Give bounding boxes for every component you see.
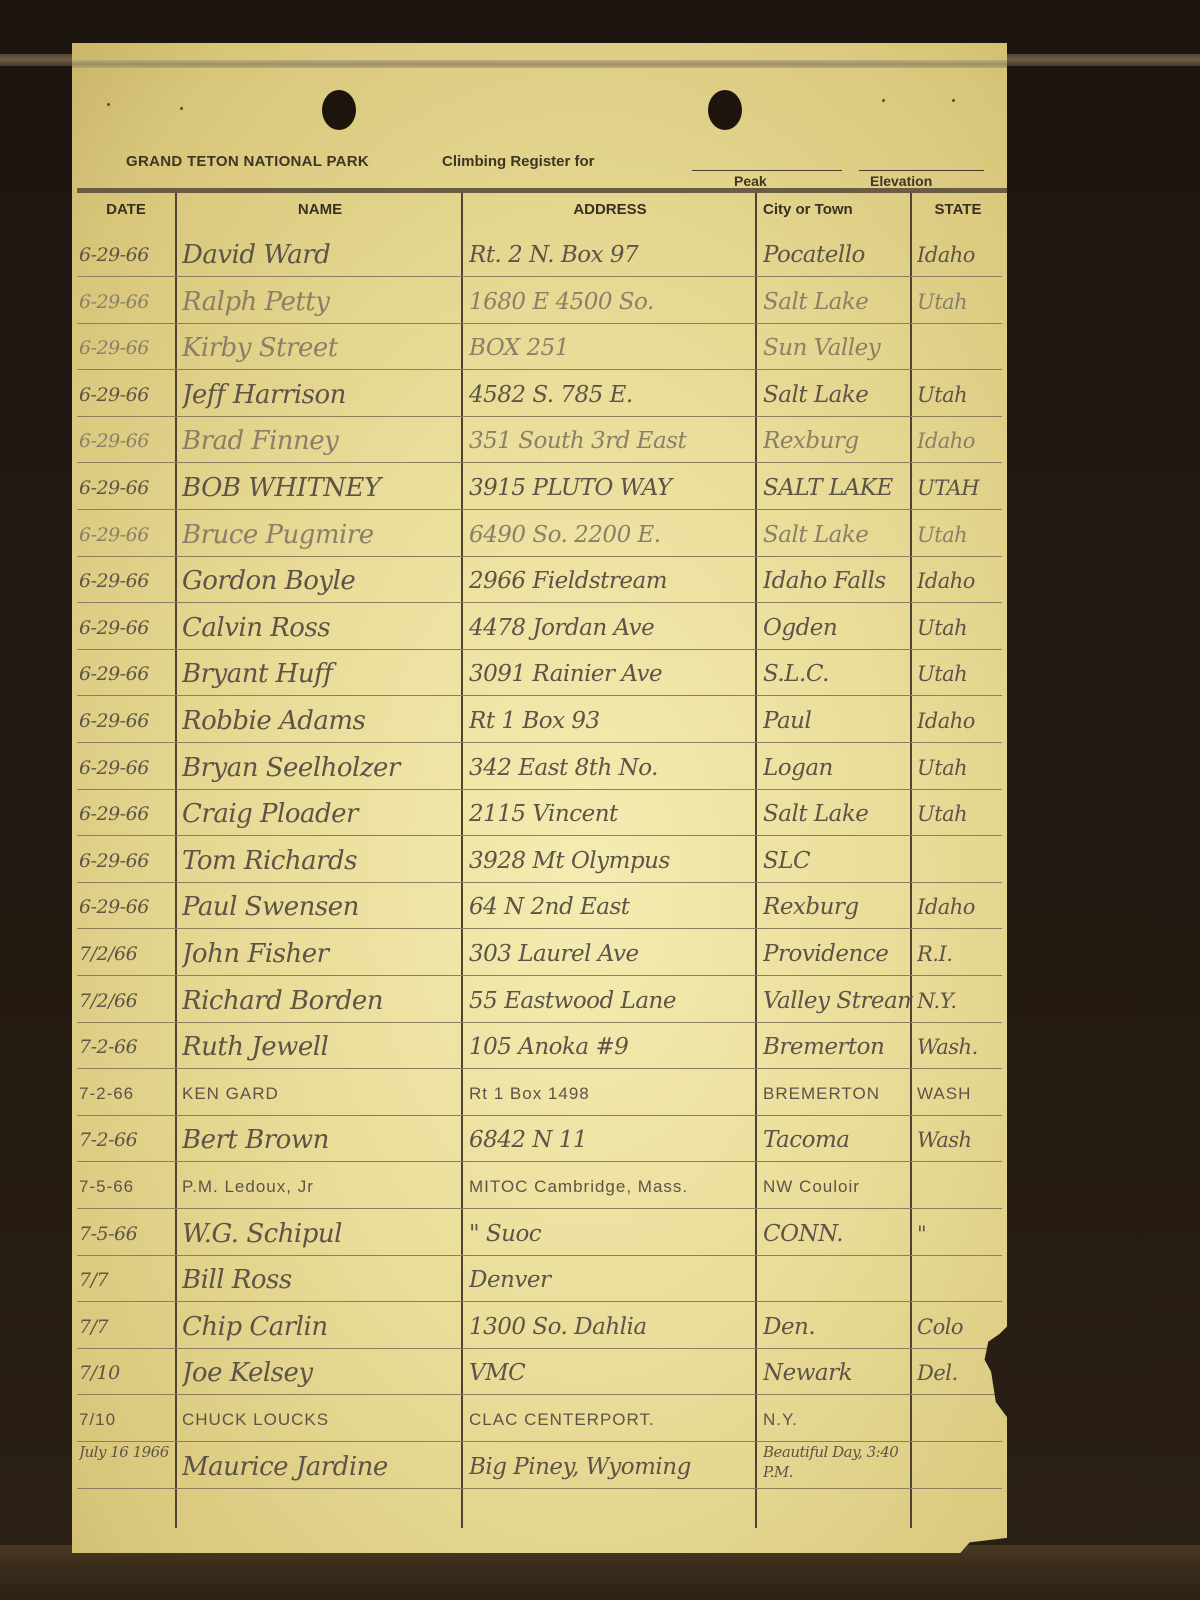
entry-city: Beautiful Day, 3:40 P.M.: [763, 1442, 913, 1488]
entry-name: Richard Borden: [182, 976, 464, 1022]
entry-state: R.I.: [917, 929, 1007, 975]
register-entry-row: 6-29-66 Gordon Boyle 2966 Fieldstream Id…: [77, 556, 1002, 603]
entry-state: [917, 1255, 1007, 1301]
entry-city: Tacoma: [763, 1115, 913, 1161]
entry-name: Jeff Harrison: [182, 370, 464, 416]
entry-state: Colo: [917, 1302, 1007, 1348]
display-ledge-bottom: [0, 1545, 1200, 1600]
entry-date: July 16 1966: [79, 1442, 174, 1488]
register-entry-row: 6-29-66 Calvin Ross 4478 Jordan Ave Ogde…: [77, 603, 1002, 650]
entry-address: BOX 251: [469, 323, 757, 369]
entry-name: Tom Richards: [182, 836, 464, 882]
entry-city: Salt Lake: [763, 370, 913, 416]
entry-date: 6-29-66: [79, 556, 174, 602]
entry-address: CLAC CENTERPORT.: [469, 1395, 757, 1441]
entry-name: Bert Brown: [182, 1115, 464, 1161]
entry-name: W.G. Schipul: [182, 1209, 464, 1255]
register-entry-row: 6-29-66 BOB WHITNEY 3915 PLUTO WAY SALT …: [77, 463, 1002, 510]
entry-address: 64 N 2nd East: [469, 882, 757, 928]
register-entry-row: 6-29-66 Tom Richards 3928 Mt Olympus SLC: [77, 836, 1002, 883]
entry-address: 3091 Rainier Ave: [469, 649, 757, 695]
elevation-field[interactable]: [859, 170, 984, 171]
entry-name: Ruth Jewell: [182, 1022, 464, 1068]
park-name-heading: GRAND TETON NATIONAL PARK: [126, 153, 369, 170]
entry-date: 7/2/66: [79, 976, 174, 1022]
entry-address: Rt 1 Box 1498: [469, 1069, 757, 1115]
entry-date: 6-29-66: [79, 277, 174, 323]
entry-date: 6-29-66: [79, 696, 174, 742]
speck: [952, 99, 955, 102]
entry-state: Utah: [917, 649, 1007, 695]
entry-date: 7/7: [79, 1255, 174, 1301]
column-header-state: STATE: [913, 193, 1003, 227]
register-entry-row: July 16 1966 Maurice Jardine Big Piney, …: [77, 1442, 1002, 1489]
register-entry-row: 7/10 Joe Kelsey VMC Newark Del.: [77, 1348, 1002, 1395]
entry-address: 4582 S. 785 E.: [469, 370, 757, 416]
register-entry-row: 6-29-66 Ralph Petty 1680 E 4500 So. Salt…: [77, 277, 1002, 324]
entry-state: [917, 1162, 1007, 1208]
entry-address: 6490 So. 2200 E.: [469, 510, 757, 556]
entry-state: N.Y.: [917, 976, 1007, 1022]
entry-city: [763, 1255, 913, 1301]
peak-field[interactable]: [692, 170, 842, 171]
entry-city: Providence: [763, 929, 913, 975]
entry-date: 7-5-66: [79, 1209, 174, 1255]
entry-date: 6-29-66: [79, 743, 174, 789]
entry-date: 6-29-66: [79, 416, 174, 462]
register-entry-row: 6-29-66 Paul Swensen 64 N 2nd East Rexbu…: [77, 882, 1002, 929]
entry-address: Rt 1 Box 93: [469, 696, 757, 742]
entry-date: 6-29-66: [79, 836, 174, 882]
entry-address: Big Piney, Wyoming: [469, 1442, 757, 1488]
entry-state: [917, 836, 1007, 882]
entry-state: Utah: [917, 603, 1007, 649]
register-entry-row: 6-29-66 Bruce Pugmire 6490 So. 2200 E. S…: [77, 510, 1002, 557]
entry-city: N.Y.: [763, 1395, 913, 1441]
entry-name: Craig Ploader: [182, 789, 464, 835]
entry-name: Chip Carlin: [182, 1302, 464, 1348]
entry-state: Utah: [917, 370, 1007, 416]
entry-state: Idaho: [917, 416, 1007, 462]
entry-city: Sun Valley: [763, 323, 913, 369]
entry-state: UTAH: [917, 463, 1007, 509]
entry-name: Joe Kelsey: [182, 1348, 464, 1394]
climbing-register-sheet: GRAND TETON NATIONAL PARK Climbing Regis…: [72, 43, 1007, 1553]
entry-date: 7-2-66: [79, 1115, 174, 1161]
entry-city: S.L.C.: [763, 649, 913, 695]
entry-name: P.M. Ledoux, Jr: [182, 1162, 464, 1208]
register-entry-row: 7-5-66 W.G. Schipul " Suoc CONN. ": [77, 1209, 1002, 1256]
entry-address: " Suoc: [469, 1209, 757, 1255]
entry-state: [917, 1395, 1007, 1441]
entry-name: Bruce Pugmire: [182, 510, 464, 556]
entry-city: Valley Stream: [763, 976, 913, 1022]
entry-address: 55 Eastwood Lane: [469, 976, 757, 1022]
entry-name: Bill Ross: [182, 1255, 464, 1301]
column-header-city: City or Town: [759, 193, 913, 227]
speck: [107, 103, 110, 106]
register-entry-row: 6-29-66 Craig Ploader 2115 Vincent Salt …: [77, 789, 1002, 836]
entry-date: 6-29-66: [79, 789, 174, 835]
entry-address: 303 Laurel Ave: [469, 929, 757, 975]
register-entry-row: 6-29-66 Bryan Seelholzer 342 East 8th No…: [77, 743, 1002, 790]
register-entry-row: 6-29-66 Robbie Adams Rt 1 Box 93 Paul Id…: [77, 696, 1002, 743]
entry-city: Salt Lake: [763, 510, 913, 556]
entry-date: 7/7: [79, 1302, 174, 1348]
entry-name: Robbie Adams: [182, 696, 464, 742]
entry-address: Denver: [469, 1255, 757, 1301]
punch-hole-icon: [708, 90, 742, 130]
entry-date: 6-29-66: [79, 882, 174, 928]
elevation-label: Elevation: [870, 173, 932, 189]
entry-city: Logan: [763, 743, 913, 789]
peak-label: Peak: [734, 173, 767, 189]
entry-state: Utah: [917, 743, 1007, 789]
entry-address: MITOC Cambridge, Mass.: [469, 1162, 757, 1208]
entry-state: [917, 1442, 1007, 1488]
register-entry-row: 7-5-66 P.M. Ledoux, Jr MITOC Cambridge, …: [77, 1162, 1002, 1209]
register-entry-row: 7/2/66 John Fisher 303 Laurel Ave Provid…: [77, 929, 1002, 976]
column-header-address: ADDRESS: [463, 193, 757, 227]
entry-address: 6842 N 11: [469, 1115, 757, 1161]
entry-date: 6-29-66: [79, 603, 174, 649]
entry-date: 7/2/66: [79, 929, 174, 975]
entry-date: 6-29-66: [79, 463, 174, 509]
column-header-name: NAME: [177, 193, 463, 227]
entry-name: Maurice Jardine: [182, 1442, 464, 1488]
entry-address: VMC: [469, 1348, 757, 1394]
entry-address: 1680 E 4500 So.: [469, 277, 757, 323]
entry-name: Bryant Huff: [182, 649, 464, 695]
entry-date: 7-5-66: [79, 1162, 174, 1208]
register-entry-row: 6-29-66 Kirby Street BOX 251 Sun Valley: [77, 323, 1002, 370]
entry-city: Rexburg: [763, 416, 913, 462]
entry-city: Newark: [763, 1348, 913, 1394]
register-entry-row: 7-2-66 Ruth Jewell 105 Anoka #9 Bremerto…: [77, 1022, 1002, 1069]
entry-state: Idaho: [917, 882, 1007, 928]
register-entry-row: 7/10 CHUCK LOUCKS CLAC CENTERPORT. N.Y.: [77, 1395, 1002, 1442]
entry-date: 6-29-66: [79, 649, 174, 695]
entry-name: John Fisher: [182, 929, 464, 975]
register-entry-row: 6-29-66 David Ward Rt. 2 N. Box 97 Pocat…: [77, 230, 1002, 277]
register-entry-row: 7/7 Bill Ross Denver: [77, 1255, 1002, 1302]
entry-date: 7/10: [79, 1395, 174, 1441]
entry-date: 6-29-66: [79, 510, 174, 556]
register-entry-row: 6-29-66 Brad Finney 351 South 3rd East R…: [77, 416, 1002, 463]
entry-date: 6-29-66: [79, 230, 174, 276]
entry-name: Kirby Street: [182, 323, 464, 369]
speck: [882, 99, 885, 102]
register-entry-row: 7-2-66 KEN GARD Rt 1 Box 1498 BREMERTON …: [77, 1069, 1002, 1116]
entry-address: 351 South 3rd East: [469, 416, 757, 462]
entry-date: 7-2-66: [79, 1022, 174, 1068]
register-entry-row: 7/2/66 Richard Borden 55 Eastwood Lane V…: [77, 976, 1002, 1023]
sheet-binding-band: [72, 60, 1007, 68]
entry-city: CONN.: [763, 1209, 913, 1255]
entry-name: Bryan Seelholzer: [182, 743, 464, 789]
entry-state: Wash.: [917, 1022, 1007, 1068]
entry-name: Calvin Ross: [182, 603, 464, 649]
entry-city: Bremerton: [763, 1022, 913, 1068]
entry-address: Rt. 2 N. Box 97: [469, 230, 757, 276]
entry-address: 2115 Vincent: [469, 789, 757, 835]
entry-name: Ralph Petty: [182, 277, 464, 323]
entry-state: Utah: [917, 277, 1007, 323]
entry-address: 4478 Jordan Ave: [469, 603, 757, 649]
register-entry-row: 6-29-66 Bryant Huff 3091 Rainier Ave S.L…: [77, 649, 1002, 696]
register-entry-row: 7-2-66 Bert Brown 6842 N 11 Tacoma Wash: [77, 1115, 1002, 1162]
entry-date: 6-29-66: [79, 323, 174, 369]
entry-name: CHUCK LOUCKS: [182, 1395, 464, 1441]
register-entry-row: 7/7 Chip Carlin 1300 So. Dahlia Den. Col…: [77, 1302, 1002, 1349]
entry-address: 3915 PLUTO WAY: [469, 463, 757, 509]
entry-name: Brad Finney: [182, 416, 464, 462]
entry-state: Idaho: [917, 556, 1007, 602]
entry-state: Utah: [917, 510, 1007, 556]
entry-name: BOB WHITNEY: [182, 463, 464, 509]
speck: [180, 107, 183, 110]
entry-state: Idaho: [917, 230, 1007, 276]
entry-state: Utah: [917, 789, 1007, 835]
entry-address: 2966 Fieldstream: [469, 556, 757, 602]
entry-state: Del.: [917, 1348, 1007, 1394]
entry-city: Idaho Falls: [763, 556, 913, 602]
entry-date: 7/10: [79, 1348, 174, 1394]
entry-date: 6-29-66: [79, 370, 174, 416]
register-for-label: Climbing Register for: [442, 153, 595, 170]
entry-city: Rexburg: [763, 882, 913, 928]
entry-name: Paul Swensen: [182, 882, 464, 928]
entry-city: SALT LAKE: [763, 463, 913, 509]
entry-name: Gordon Boyle: [182, 556, 464, 602]
entry-state: Wash: [917, 1115, 1007, 1161]
entry-city: Ogden: [763, 603, 913, 649]
register-entry-row: 6-29-66 Jeff Harrison 4582 S. 785 E. Sal…: [77, 370, 1002, 417]
entry-state: [917, 323, 1007, 369]
entry-city: BREMERTON: [763, 1069, 913, 1115]
entry-city: Salt Lake: [763, 277, 913, 323]
entry-city: Den.: [763, 1302, 913, 1348]
entry-name: David Ward: [182, 230, 464, 276]
entry-address: 3928 Mt Olympus: [469, 836, 757, 882]
punch-hole-icon: [322, 90, 356, 130]
entry-city: Salt Lake: [763, 789, 913, 835]
entry-state: WASH: [917, 1069, 1007, 1115]
entry-state: ": [917, 1209, 1007, 1255]
entry-city: Pocatello: [763, 230, 913, 276]
entry-city: Paul: [763, 696, 913, 742]
entry-name: KEN GARD: [182, 1069, 464, 1115]
entry-address: 342 East 8th No.: [469, 743, 757, 789]
entry-address: 1300 So. Dahlia: [469, 1302, 757, 1348]
entry-city: NW Couloir: [763, 1162, 913, 1208]
entry-city: SLC: [763, 836, 913, 882]
entry-state: Idaho: [917, 696, 1007, 742]
column-header-date: DATE: [77, 193, 175, 227]
entry-address: 105 Anoka #9: [469, 1022, 757, 1068]
entry-date: 7-2-66: [79, 1069, 174, 1115]
